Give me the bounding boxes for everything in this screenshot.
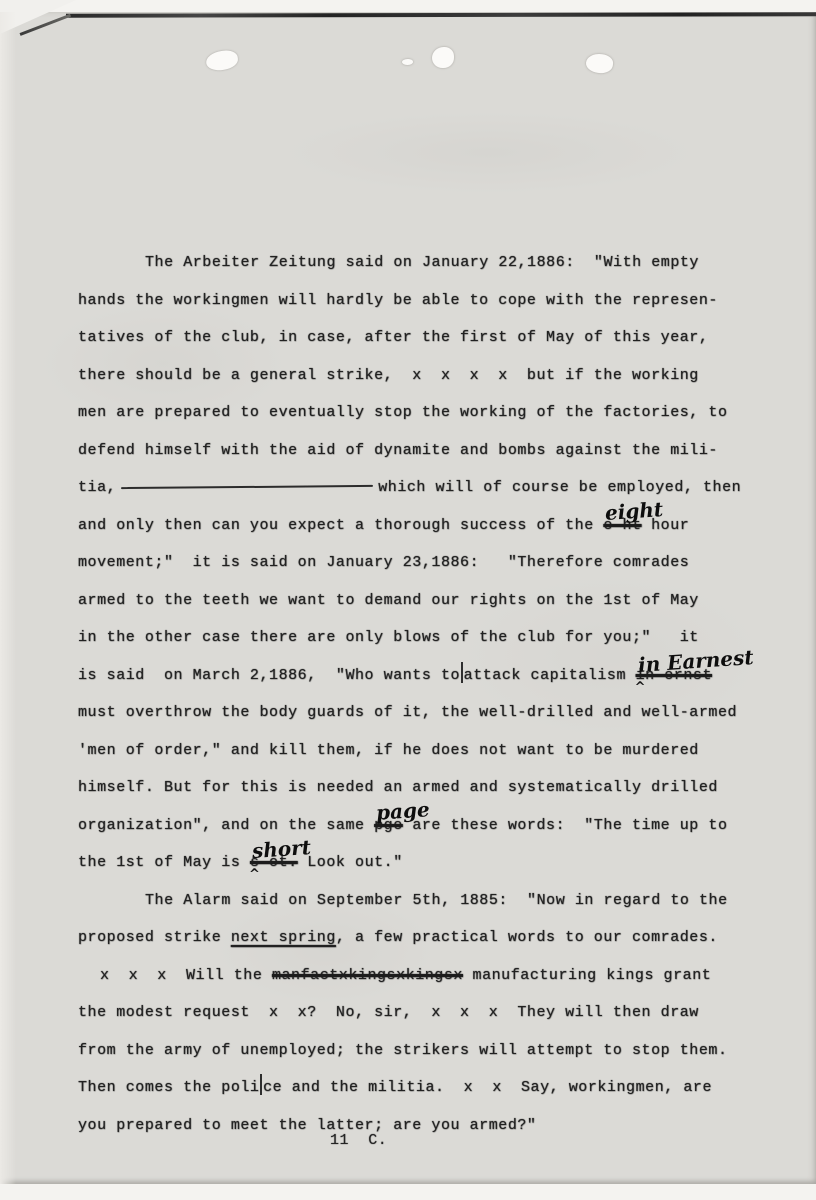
text-line: you prepared to meet the latter; are you… — [78, 1107, 770, 1145]
typed-text: The Arbeiter Zeitung said on January 22,… — [145, 254, 699, 271]
underlined-text: next spring — [231, 929, 336, 946]
typed-text: and only then can you expect a thorough … — [78, 517, 603, 534]
text-line: hands the workingmen will hardly be able… — [78, 282, 770, 320]
text-line: x x x Will the manfactxkingsxkingsx manu… — [78, 957, 770, 995]
typed-text: you prepared to meet the latter; are you… — [78, 1117, 536, 1134]
text-line: from the army of unemployed; the striker… — [78, 1032, 770, 1070]
handwritten-correction: in Earnest — [637, 647, 754, 675]
text-line: there should be a general strike, x x x … — [78, 357, 770, 395]
handwritten-correction: short — [251, 836, 311, 860]
handwritten-correction: page — [375, 799, 430, 823]
typed-text: which will of course be employed, then — [378, 479, 741, 496]
caret-mark: ^ — [635, 681, 646, 694]
typed-text: manufacturing kings grant — [463, 967, 711, 984]
typed-text: attack capitalism — [464, 667, 636, 684]
text-line: 'men of order," and kill them, if he doe… — [78, 732, 770, 770]
text-line: the modest request x x? No, sir, x x x T… — [78, 994, 770, 1032]
typed-text: men are prepared to eventually stop the … — [78, 404, 728, 421]
handwritten-correction-group: pagepge — [374, 807, 403, 845]
strikethrough-text: manfactxkingsxkingsx — [272, 967, 463, 984]
typed-text: are these words: "The time up to — [403, 817, 728, 834]
typed-text: is said on March 2,1886, "Who wants to — [78, 667, 460, 684]
typed-text: hands the workingmen will hardly be able… — [78, 292, 718, 309]
typed-text: armed to the teeth we want to demand our… — [78, 592, 699, 609]
text-line: the 1st of May is short^s ot. Look out." — [78, 844, 770, 882]
text-line: tia,which will of course be employed, th… — [78, 469, 770, 507]
punch-hole — [432, 47, 454, 68]
handwritten-correction-group: eighte ht — [603, 507, 641, 545]
typed-text: from the army of unemployed; the striker… — [78, 1042, 728, 1059]
text-line: organization", and on the same pagepge a… — [78, 807, 770, 845]
handwritten-correction: eight — [605, 499, 664, 523]
typed-text: proposed strike — [78, 929, 231, 946]
typed-text: tia, — [78, 479, 116, 496]
text-line: is said on March 2,1886, "Who wants toat… — [78, 657, 770, 695]
stray-pen-mark — [461, 662, 463, 683]
typed-text: x x x Will the — [100, 967, 272, 984]
scanned-document-page: The Arbeiter Zeitung said on January 22,… — [0, 0, 816, 1200]
text-line: proposed strike next spring, a few pract… — [78, 919, 770, 957]
typed-text: ce and the militia. x x Say, workingmen,… — [263, 1079, 712, 1096]
text-line: tatives of the club, in case, after the … — [78, 319, 770, 357]
text-line: men are prepared to eventually stop the … — [78, 394, 770, 432]
text-line: The Arbeiter Zeitung said on January 22,… — [78, 244, 770, 282]
caret-mark: ^ — [249, 868, 260, 881]
text-line: defend himself with the aid of dynamite … — [78, 432, 770, 470]
text-line: must overthrow the body guards of it, th… — [78, 694, 770, 732]
typed-text: organization", and on the same — [78, 817, 374, 834]
text-line: movement;" it is said on January 23,1886… — [78, 544, 770, 582]
typed-text: defend himself with the aid of dynamite … — [78, 442, 718, 459]
typed-text: Look out." — [298, 854, 403, 871]
typed-text: the modest request x x? No, sir, x x x T… — [78, 1004, 699, 1021]
typed-text: there should be a general strike, x x x … — [78, 367, 699, 384]
typed-text: , a few practical words to our comrades. — [336, 929, 718, 946]
inserted-rule-line — [121, 477, 373, 491]
typed-text: Then comes the poli — [78, 1079, 259, 1096]
handwritten-correction-group: in Earnest^in ernst — [636, 657, 712, 695]
punch-hole — [402, 59, 413, 65]
handwritten-correction-group: short^s ot. — [250, 844, 298, 882]
typed-text: himself. But for this is needed an armed… — [78, 779, 718, 796]
page-number: 11 C. — [330, 1126, 387, 1156]
text-line: Then comes the police and the militia. x… — [78, 1069, 770, 1107]
typed-text: must overthrow the body guards of it, th… — [78, 704, 737, 721]
text-body: The Arbeiter Zeitung said on January 22,… — [78, 244, 770, 1144]
typed-text: 'men of order," and kill them, if he doe… — [78, 742, 699, 759]
text-line: The Alarm said on September 5th, 1885: "… — [78, 882, 770, 920]
text-line: armed to the teeth we want to demand our… — [78, 582, 770, 620]
text-line: and only then can you expect a thorough … — [78, 507, 770, 545]
typed-text: movement;" it is said on January 23,1886… — [78, 554, 689, 571]
paper-left-edge — [0, 12, 16, 1184]
typed-text: the 1st of May is — [78, 854, 250, 871]
typed-text: tatives of the club, in case, after the … — [78, 329, 708, 346]
stray-pen-mark — [260, 1074, 262, 1095]
typed-text: The Alarm said on September 5th, 1885: "… — [145, 892, 728, 909]
typed-text: in the other case there are only blows o… — [78, 629, 699, 646]
